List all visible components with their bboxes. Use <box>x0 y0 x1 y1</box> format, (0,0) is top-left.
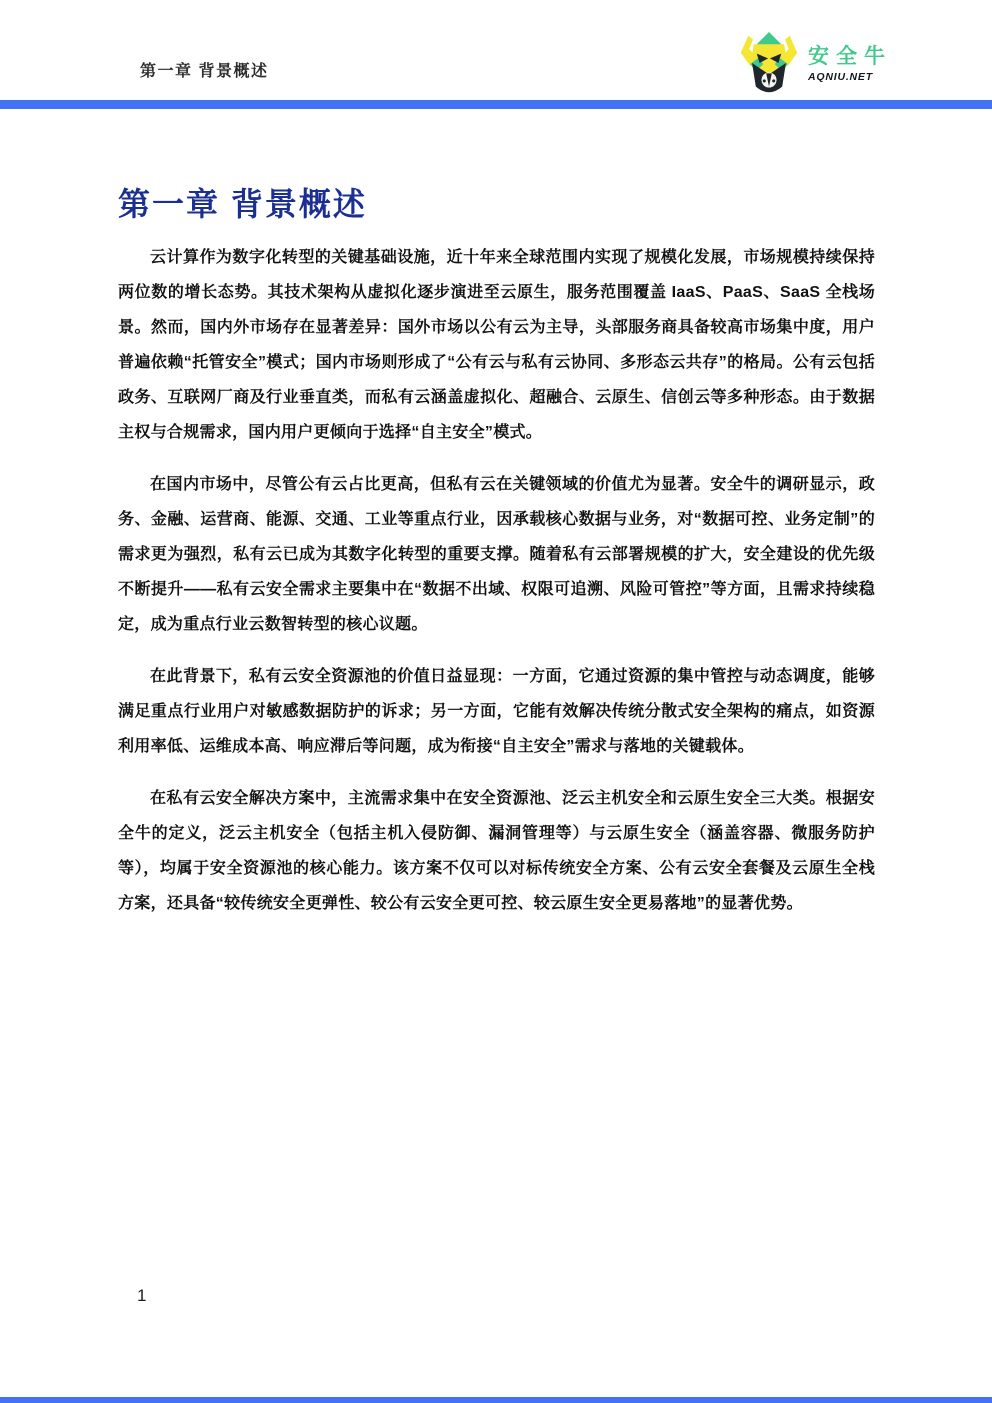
running-header-chapter-label: 第一章 背景概述 <box>140 58 268 81</box>
top-accent-bar <box>0 100 992 109</box>
aqniu-logo: 安全牛 AQNIU.NET <box>738 32 892 96</box>
document-page: 第一章 背景概述 安全牛 AQNIU.NET <box>0 0 992 1403</box>
paragraph-4: 在私有云安全解决方案中，主流需求集中在安全资源池、泛云主机安全和云原生安全三大类… <box>118 781 875 921</box>
paragraph-1: 云计算作为数字化转型的关键基础设施，近十年来全球范围内实现了规模化发展，市场规模… <box>118 240 875 450</box>
logo-domain-text: AQNIU.NET <box>808 71 892 83</box>
page-number: 1 <box>137 1286 146 1306</box>
logo-text-block: 安全牛 AQNIU.NET <box>808 45 892 83</box>
bull-mascot-icon <box>738 32 800 96</box>
bottom-accent-bar <box>0 1397 992 1403</box>
logo-brand-name: 安全牛 <box>808 45 892 68</box>
paragraph-3: 在此背景下，私有云安全资源池的价值日益显现：一方面，它通过资源的集中管控与动态调… <box>118 659 875 764</box>
body-content: 云计算作为数字化转型的关键基础设施，近十年来全球范围内实现了规模化发展，市场规模… <box>118 240 875 938</box>
chapter-title: 第一章 背景概述 <box>118 179 367 225</box>
paragraph-2: 在国内市场中，尽管公有云占比更高，但私有云在关键领域的价值尤为显著。安全牛的调研… <box>118 467 875 642</box>
